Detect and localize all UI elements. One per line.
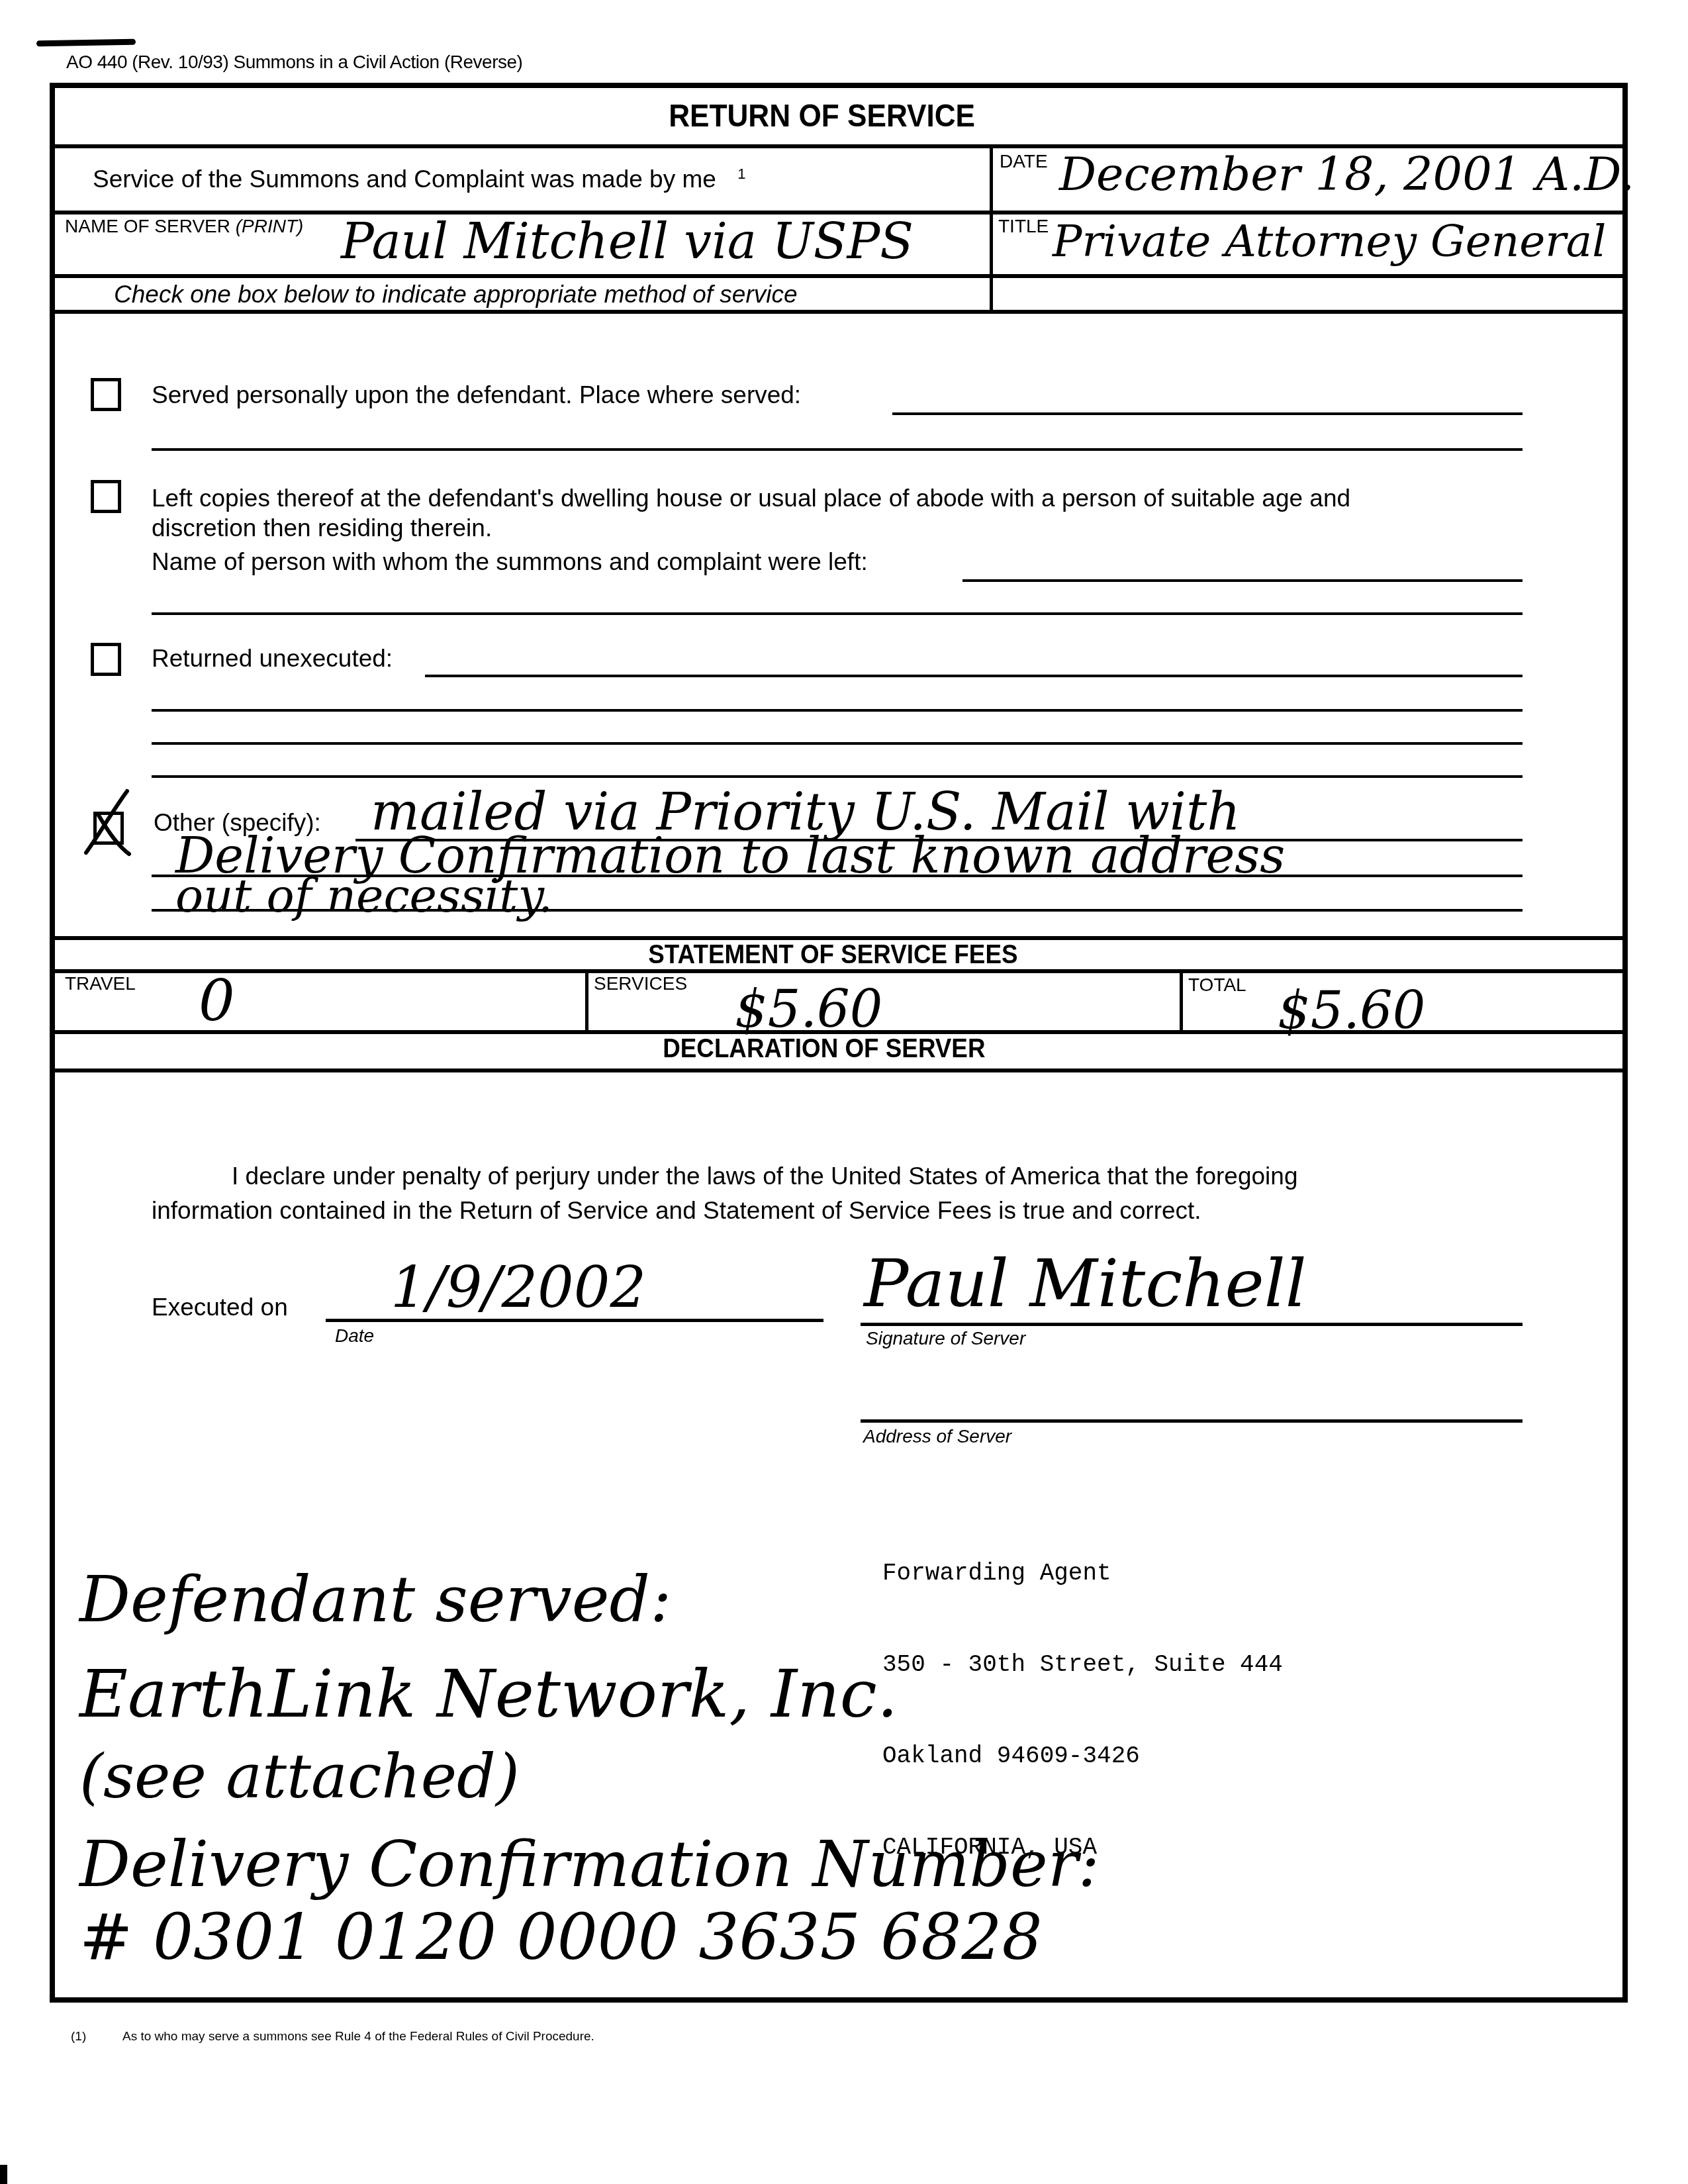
person-left-with-line-2[interactable] bbox=[152, 612, 1523, 615]
place-served-line[interactable] bbox=[892, 412, 1523, 415]
declaration-text-line1: I declare under penalty of perjury under… bbox=[232, 1163, 1297, 1190]
declaration-heading: DECLARATION OF SERVER bbox=[663, 1034, 985, 1064]
title-label: TITLE bbox=[998, 216, 1049, 237]
column-divider bbox=[585, 969, 588, 1031]
name-label-text: NAME OF SERVER bbox=[65, 216, 230, 236]
divider bbox=[50, 969, 1628, 973]
name-label-suffix: (PRINT) bbox=[236, 216, 304, 236]
travel-fee-field[interactable]: 0 bbox=[199, 968, 235, 1034]
returned-unexecuted-line[interactable] bbox=[425, 675, 1523, 677]
service-statement: Service of the Summons and Complaint was… bbox=[93, 166, 745, 193]
handwritten-confirmation-number: # 0301 0120 0000 3635 6828 bbox=[79, 1900, 1043, 1974]
service-date-field[interactable]: December 18, 2001 A.D. bbox=[1059, 147, 1634, 201]
pen-mark bbox=[36, 39, 136, 47]
footnote-text: As to who may serve a summons see Rule 4… bbox=[122, 2030, 594, 2044]
served-personally-checkbox[interactable] bbox=[91, 378, 121, 411]
place-served-line-2[interactable] bbox=[152, 448, 1523, 451]
checkmark-x-icon bbox=[79, 788, 139, 861]
form-code: AO 440 (Rev. 10/93) Summons in a Civil A… bbox=[66, 52, 522, 73]
handwritten-defendant-name: EarthLink Network, Inc. bbox=[79, 1655, 898, 1733]
left-copies-checkbox[interactable] bbox=[91, 480, 121, 513]
footnote-marker: (1) bbox=[71, 2030, 86, 2044]
person-left-with-label: Name of person with whom the summons and… bbox=[152, 548, 868, 576]
address-line-2: 350 - 30th Street, Suite 444 bbox=[882, 1650, 1283, 1680]
signature-line[interactable] bbox=[861, 1323, 1523, 1326]
served-personally-label: Served personally upon the defendant. Pl… bbox=[152, 381, 801, 409]
signature-caption: Signature of Server bbox=[866, 1328, 1025, 1349]
server-title-field[interactable]: Private Attorney General bbox=[1053, 216, 1606, 267]
total-label: TOTAL bbox=[1188, 974, 1246, 996]
fees-heading: STATEMENT OF SERVICE FEES bbox=[648, 940, 1017, 970]
service-statement-text: Service of the Summons and Complaint was… bbox=[93, 166, 716, 193]
address-caption: Address of Server bbox=[863, 1426, 1011, 1447]
divider bbox=[50, 274, 1628, 278]
date-caption: Date bbox=[335, 1325, 374, 1347]
returned-unexecuted-line-4[interactable] bbox=[152, 775, 1523, 778]
divider bbox=[50, 1068, 1628, 1072]
date-label: DATE bbox=[1000, 151, 1048, 172]
column-divider bbox=[990, 144, 993, 312]
returned-unexecuted-checkbox[interactable] bbox=[91, 643, 121, 676]
check-instruction: Check one box below to indicate appropri… bbox=[114, 281, 798, 309]
returned-unexecuted-label: Returned unexecuted: bbox=[152, 645, 393, 673]
server-name-field[interactable]: Paul Mitchell via USPS bbox=[341, 213, 914, 270]
name-of-server-label: NAME OF SERVER (PRINT) bbox=[65, 216, 303, 237]
form-title: RETURN OF SERVICE bbox=[669, 98, 975, 134]
column-divider bbox=[1180, 969, 1183, 1031]
returned-unexecuted-line-3[interactable] bbox=[152, 742, 1523, 745]
handwritten-confirmation-label: Delivery Confirmation Number: bbox=[79, 1827, 1100, 1901]
server-signature[interactable]: Paul Mitchell bbox=[864, 1245, 1307, 1322]
travel-label: TRAVEL bbox=[65, 973, 136, 994]
declaration-text-line2: information contained in the Return of S… bbox=[152, 1197, 1201, 1225]
footnote-ref: 1 bbox=[737, 166, 745, 182]
handwritten-see-attached: (see attached) bbox=[79, 1741, 520, 1812]
address-line-3: Oakland 94609-3426 bbox=[882, 1741, 1283, 1772]
services-label: SERVICES bbox=[594, 973, 687, 994]
handwritten-defendant-served: Defendant served: bbox=[79, 1562, 671, 1637]
executed-on-label: Executed on bbox=[152, 1294, 288, 1321]
other-value-line3[interactable]: out of necessity. bbox=[175, 869, 553, 923]
divider bbox=[50, 310, 1628, 314]
address-line[interactable] bbox=[861, 1419, 1523, 1423]
person-left-with-line[interactable] bbox=[962, 579, 1523, 582]
execution-date-field[interactable]: 1/9/2002 bbox=[391, 1255, 646, 1321]
address-line-1: Forwarding Agent bbox=[882, 1558, 1283, 1589]
left-copies-label: Left copies thereof at the defendant's d… bbox=[152, 485, 1350, 512]
returned-unexecuted-line-2[interactable] bbox=[152, 709, 1523, 712]
left-copies-label-line2: discretion then residing therein. bbox=[152, 514, 492, 542]
scan-mark bbox=[0, 2165, 7, 2184]
